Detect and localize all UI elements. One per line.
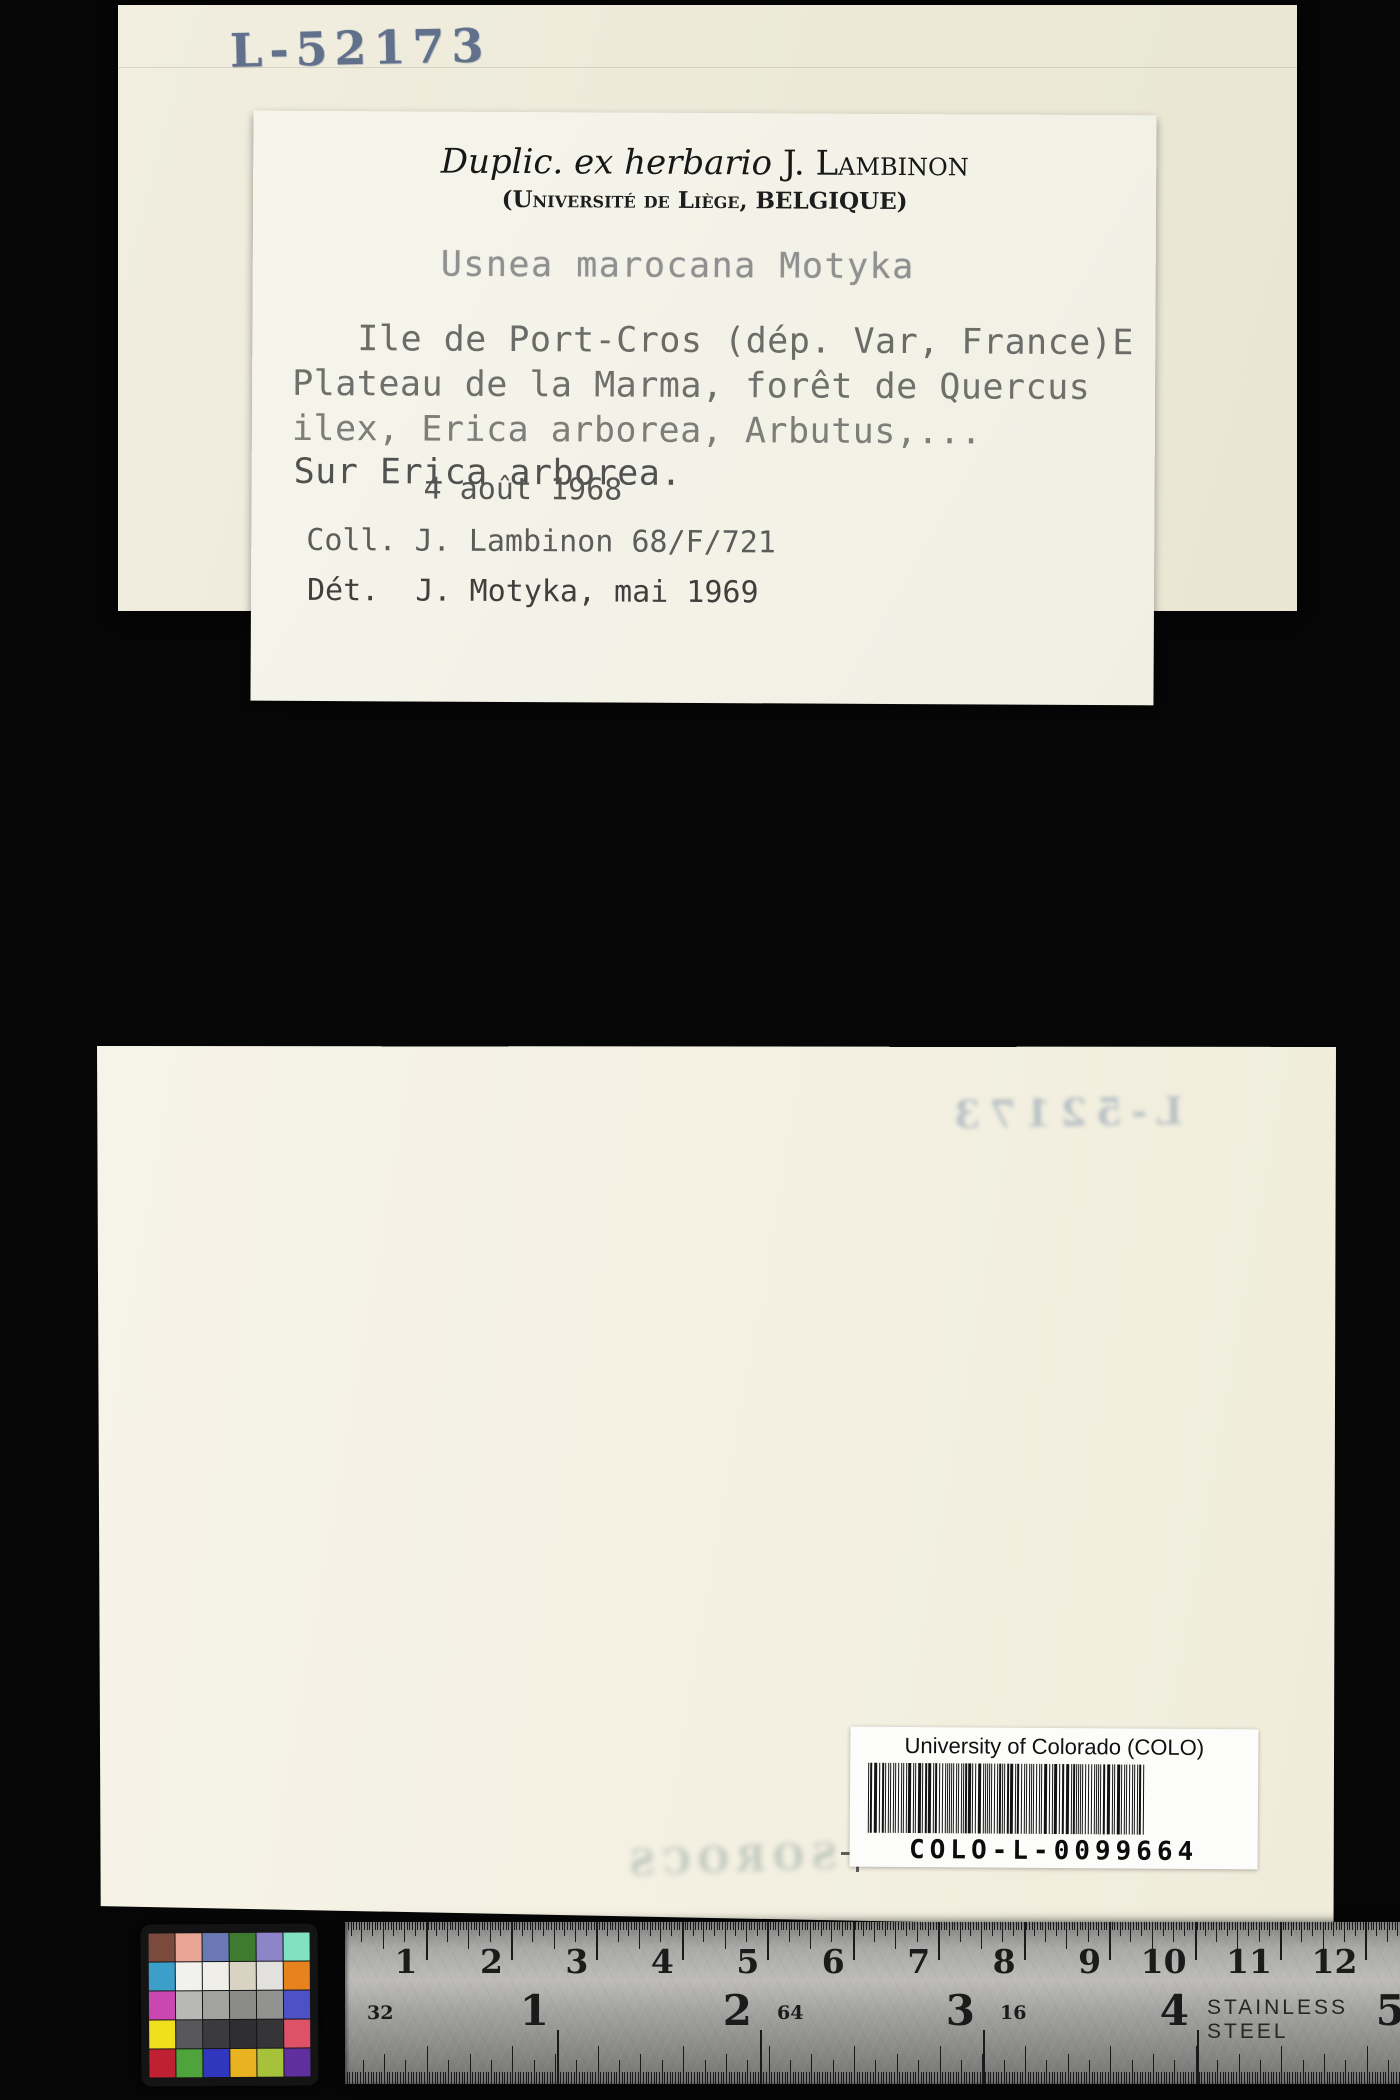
- ruler-tick: [1054, 2072, 1055, 2084]
- ruler-tick: [1012, 2072, 1013, 2084]
- ruler-tick: [990, 2072, 991, 2084]
- barcode-bar: [1033, 1764, 1034, 1834]
- ruler-tick: [973, 1922, 974, 1930]
- color-swatch: [148, 1933, 174, 1961]
- ruler-tick: [1252, 2072, 1253, 2084]
- ruler-tick: [1092, 2072, 1093, 2084]
- barcode-bar: [1107, 1764, 1110, 1834]
- ruler-tick: [628, 1922, 629, 1936]
- ruler-tick: [351, 1922, 352, 1936]
- ruler-tick: [564, 1922, 565, 1936]
- ruler-tick: [1189, 1922, 1190, 1930]
- ruler-tick: [1146, 1922, 1147, 1930]
- barcode-bar: [972, 1763, 973, 1833]
- ruler-tick: [400, 2072, 401, 2084]
- ruler-tick: [1102, 2072, 1103, 2084]
- ruler-tick: [1025, 2046, 1026, 2084]
- ruler-tick: [540, 1922, 541, 1930]
- ruler-tick: [570, 1922, 571, 1930]
- ruler-tick: [790, 2060, 791, 2084]
- ruler-tick: [1144, 1922, 1145, 1930]
- ruler-tick: [1257, 2072, 1258, 2084]
- ruler-tick: [544, 2072, 545, 2084]
- ruler-tick: [941, 1922, 942, 1930]
- ruler-tick: [1273, 2072, 1274, 2084]
- ruler-tick: [703, 1922, 704, 1942]
- ruler-tick: [1355, 1922, 1356, 1936]
- ruler-tick: [1356, 2072, 1357, 2084]
- ruler-tick: [478, 2072, 479, 2084]
- ruler-tick: [891, 2072, 892, 2084]
- ruler-tick: [1045, 1922, 1046, 1942]
- ruler-tick: [977, 2072, 978, 2084]
- ruler-tick: [638, 2072, 639, 2084]
- ruler-tick: [1352, 1922, 1353, 1930]
- barcode-bar: [890, 1763, 891, 1833]
- ruler-tick: [356, 1922, 357, 1930]
- ruler-tick: [806, 2072, 807, 2084]
- ruler-tick: [945, 2072, 946, 2084]
- ruler-tick: [1001, 2072, 1002, 2084]
- ruler-tick: [1173, 1922, 1174, 1942]
- ruler-tick: [602, 1922, 603, 1930]
- ruler-tick: [980, 2072, 981, 2084]
- color-swatch: [256, 1933, 282, 1961]
- ruler-tick: [642, 1922, 643, 1930]
- ruler-tick: [1133, 1922, 1134, 1930]
- ruler-tick: [1050, 1922, 1051, 1930]
- ruler-tick: [484, 1922, 485, 1930]
- barcode-bar: [885, 1763, 886, 1833]
- ruler-tick: [518, 2072, 519, 2084]
- ruler-tick: [1389, 1922, 1390, 1930]
- ruler-tick: [739, 2072, 740, 2084]
- ruler-tick: [1207, 2072, 1208, 2084]
- ruler-tick: [881, 2072, 882, 2084]
- ruler-tick: [1033, 2072, 1034, 2084]
- ruler-tick: [1205, 1922, 1206, 1936]
- ruler-tick: [1380, 2072, 1381, 2084]
- ruler-tick: [795, 2072, 796, 2084]
- ruler-tick: [379, 2072, 380, 2084]
- ruler-tick: [688, 2072, 689, 2084]
- ruler-tick: [1320, 1922, 1321, 1930]
- ruler-tick: [475, 2072, 476, 2084]
- ruler-tick: [793, 2072, 794, 2084]
- ruler-tick: [1164, 2072, 1165, 2084]
- ruler-tick: [670, 2072, 671, 2084]
- ruler-tick: [409, 1922, 410, 1930]
- ruler-tick: [723, 2072, 724, 2084]
- ruler-tick: [729, 2072, 730, 2084]
- ruler-tick: [491, 2060, 492, 2084]
- ruler-tick: [1385, 2072, 1386, 2084]
- ruler-tick: [1384, 1922, 1385, 1930]
- ruler-tick: [1325, 1922, 1326, 1930]
- ruler-tick: [595, 2072, 596, 2084]
- ruler-tick: [405, 2060, 406, 2084]
- ruler-tick: [1022, 2072, 1023, 2084]
- ruler-tick: [1299, 1922, 1300, 1930]
- barcode-bar: [922, 1763, 923, 1833]
- ruler-tick: [674, 1922, 675, 1930]
- ruler-tick: [1247, 2072, 1248, 2084]
- ruler-tick: [707, 2072, 708, 2084]
- ruler-tick: [763, 2072, 764, 2084]
- ruler-tick: [440, 2072, 441, 2084]
- ruler-tick: [498, 1922, 499, 1930]
- barcode-bar: [918, 1763, 921, 1833]
- ruler-tick: [1312, 1922, 1313, 1936]
- ruler-tick: [1211, 1922, 1212, 1930]
- ruler-tick: [749, 1922, 750, 1930]
- ruler-tick: [972, 2072, 973, 2084]
- ruler-tick: [675, 2072, 676, 2084]
- ruler-tick: [437, 2072, 438, 2084]
- barcode-bar: [870, 1763, 872, 1833]
- ruler-tick: [1076, 2072, 1077, 2084]
- ruler-tick: [869, 1922, 870, 1930]
- ruler-tick: [1329, 2072, 1330, 2084]
- ruler-tick: [376, 2072, 377, 2084]
- ruler-tick: [914, 1922, 915, 1930]
- ruler-tick: [1068, 2054, 1069, 2084]
- ruler-bottom-number: 64: [777, 2002, 811, 2024]
- ruler-tick: [592, 2072, 593, 2084]
- ruler-tick: [1275, 1922, 1276, 1930]
- ruler-tick: [486, 2072, 487, 2084]
- ruler-tick: [423, 1922, 424, 1930]
- ruler-tick: [1193, 2072, 1194, 2084]
- ruler-tick: [902, 2072, 903, 2084]
- ruler-tick: [1301, 1922, 1302, 1942]
- ruler-tick: [373, 2072, 374, 2084]
- ruler-tick: [1044, 2072, 1045, 2084]
- barcode-bar: [874, 1763, 877, 1833]
- ruler-tick: [1249, 2072, 1250, 2084]
- ruler-tick: [986, 1922, 987, 1930]
- ruler-tick: [454, 2072, 455, 2084]
- ruler-tick: [413, 2072, 414, 2084]
- ruler-tick: [618, 1922, 619, 1942]
- ruler-tick: [855, 1922, 856, 1930]
- ruler-tick: [1315, 1922, 1316, 1930]
- ruler-tick: [809, 2072, 810, 2084]
- ruler-tick: [1106, 1922, 1107, 1930]
- ruler-tick: [1371, 1922, 1372, 1930]
- ruler-tick: [1285, 1922, 1286, 1930]
- ruler-tick: [801, 2072, 802, 2084]
- ruler-tick: [1339, 1922, 1340, 1930]
- ruler-tick: [1235, 1922, 1236, 1930]
- ruler-tick: [866, 1922, 867, 1930]
- ruler-tick: [634, 1922, 635, 1930]
- ruler-tick: [890, 1922, 891, 1930]
- ruler-tick: [1243, 1922, 1244, 1930]
- ruler-tick: [1018, 1922, 1019, 1930]
- ruler-tick: [452, 1922, 453, 1930]
- barcode-bar: [1066, 1764, 1069, 1834]
- ruler-tick: [451, 2072, 452, 2084]
- barcode-bar: [994, 1764, 995, 1834]
- ruler-tick: [434, 1922, 435, 1930]
- ruler-tick: [850, 1922, 851, 1930]
- ruler-tick: [894, 2072, 895, 2084]
- ruler-tick: [807, 1922, 808, 1930]
- ruler-tick: [396, 1922, 397, 1930]
- ruler-tick: [1052, 2072, 1053, 2084]
- ruler-tick: [606, 2072, 607, 2084]
- ruler-tick: [672, 2072, 673, 2084]
- ruler-tick: [1078, 2072, 1079, 2084]
- ruler-tick: [1381, 1922, 1382, 1930]
- ruler-tick: [1104, 1922, 1105, 1930]
- ruler-marker-tick: [1197, 2030, 1199, 2084]
- ruler-tick: [874, 1922, 875, 1942]
- ruler-tick: [741, 1922, 742, 1930]
- ruler-tick: [1391, 2072, 1392, 2084]
- ruler-bottom-number: 16: [1000, 2002, 1034, 2024]
- ruler-tick: [814, 2072, 815, 2084]
- label-subheader: (Université de Liège, BELGIQUE): [253, 185, 1156, 217]
- ruler-tick: [1177, 2072, 1178, 2084]
- ruler-tick: [936, 1922, 937, 1930]
- ruler-tick: [551, 1922, 552, 1930]
- ruler-tick: [515, 2072, 516, 2084]
- ruler-tick: [659, 2072, 660, 2084]
- ruler-tick: [779, 2072, 780, 2084]
- ruler-tick: [1118, 2072, 1119, 2084]
- ruler-tick: [886, 2072, 887, 2084]
- barcode-bar: [1100, 1764, 1101, 1834]
- ruler-tick: [731, 2072, 732, 2084]
- ruler-tick: [487, 1922, 488, 1930]
- barcode-bar: [975, 1763, 976, 1833]
- ruler-tick: [408, 2072, 409, 2084]
- ruler-tick: [755, 2072, 756, 2084]
- ruler-tick: [1347, 1922, 1348, 1930]
- barcode-bar: [1017, 1764, 1019, 1834]
- ruler-tick: [527, 1922, 528, 1930]
- ruler-tick: [612, 1922, 613, 1930]
- barcode-bar: [1129, 1765, 1130, 1835]
- ruler-tick: [849, 2072, 850, 2084]
- ruler-tick: [1101, 1922, 1102, 1930]
- ruler-tick: [1208, 1922, 1209, 1930]
- ruler-tick: [1064, 1922, 1065, 1930]
- ruler-bottom-number: 32: [367, 2002, 401, 2024]
- ruler-tick: [733, 1922, 734, 1930]
- barcode-bar: [1004, 1764, 1005, 1834]
- ruler-tick: [459, 2072, 460, 2084]
- ruler-tick: [412, 1922, 413, 1930]
- ruler-tick: [442, 1922, 443, 1930]
- ruler-tick: [928, 1922, 929, 1936]
- ruler-tick: [859, 2072, 860, 2084]
- ruler-tick: [630, 2072, 631, 2084]
- ruler-tick: [1271, 2072, 1272, 2084]
- ruler-inch-number: 10: [1141, 1942, 1187, 1981]
- ruler-tick: [777, 2072, 778, 2084]
- ruler-tick: [506, 1922, 507, 1930]
- ruler-inch-number: 11: [1226, 1942, 1272, 1981]
- ruler-tick: [1241, 2072, 1242, 2084]
- ruler-tick: [1072, 1922, 1073, 1930]
- ruler-tick: [571, 2072, 572, 2084]
- ruler-tick: [1357, 1922, 1358, 1930]
- locality-line-3: ilex, Erica arborea, Arbutus,...: [292, 409, 982, 453]
- ruler-tick: [1191, 2072, 1192, 2084]
- ruler-tick: [348, 1922, 349, 1930]
- ruler-tick: [667, 2072, 668, 2084]
- ruler-tick: [690, 1922, 691, 1930]
- ruler-tick: [758, 2072, 759, 2084]
- ruler-tick: [1217, 2060, 1218, 2084]
- ruler-tick: [738, 1922, 739, 1930]
- ruler-tick: [773, 1922, 774, 1930]
- ruler-tick: [1060, 2072, 1061, 2084]
- ruler-tick: [882, 1922, 883, 1930]
- ruler-tick: [1244, 2072, 1245, 2084]
- ruler-tick: [695, 1922, 696, 1930]
- ruler-tick: [470, 2054, 471, 2084]
- ruler-tick: [658, 1922, 659, 1930]
- ruler-tick: [998, 2072, 999, 2084]
- ruler-tick: [552, 2072, 553, 2084]
- ruler-tick: [968, 1922, 969, 1930]
- barcode-bar: [1114, 1764, 1115, 1834]
- ruler-tick: [429, 2072, 430, 2084]
- ruler-tick: [1158, 2072, 1159, 2084]
- ruler-tick: [1094, 2072, 1095, 2084]
- ruler-tick: [1138, 1922, 1139, 1930]
- ruler-tick: [766, 2072, 767, 2084]
- ruler-tick: [851, 2072, 852, 2084]
- ruler-tick: [743, 1922, 744, 1930]
- ruler-tick: [1168, 1922, 1169, 1930]
- ruler-tick: [722, 1922, 723, 1930]
- ruler-tick: [750, 2072, 751, 2084]
- ruler-tick: [512, 2046, 513, 2084]
- ruler-tick: [781, 1922, 782, 1930]
- ruler-bottom-number: 3: [923, 1986, 975, 2035]
- ruler-tick: [1203, 1922, 1204, 1930]
- ruler-tick: [862, 2072, 863, 2084]
- ruler-tick: [415, 1922, 416, 1936]
- ruler-tick: [1348, 2072, 1349, 2084]
- ruler-marker-tick: [557, 2030, 559, 2084]
- ruler-tick: [482, 1922, 483, 1930]
- ruler-tick: [677, 1922, 678, 1930]
- ruler-tick: [401, 1922, 402, 1930]
- ruler-tick: [1373, 1922, 1374, 1930]
- ruler-tick: [560, 2072, 561, 2084]
- ruler-tick: [352, 2072, 353, 2084]
- ruler-tick: [1216, 1922, 1217, 1942]
- ruler-tick: [588, 1922, 589, 1930]
- ruler-tick: [1188, 2072, 1189, 2084]
- ruler-tick: [1014, 2072, 1015, 2084]
- color-swatch: [257, 1962, 283, 1990]
- barcode-bar: [1088, 1764, 1089, 1834]
- ruler-tick: [662, 2060, 663, 2084]
- offset-stamp-bottom: SOROCS: [621, 1835, 838, 1884]
- ruler-tick: [380, 1922, 381, 1930]
- ruler-tick: [1212, 2072, 1213, 2084]
- barcode-bar: [1041, 1764, 1042, 1834]
- ruler-tick: [664, 2072, 665, 2084]
- ruler-tick: [969, 2072, 970, 2084]
- ruler-tick: [957, 1922, 958, 1930]
- ruler-tick: [1160, 1922, 1161, 1930]
- ruler-tick: [669, 1922, 670, 1930]
- ruler-tick: [834, 1922, 835, 1930]
- ruler-tick: [444, 1922, 445, 1930]
- ruler-tick: [713, 2072, 714, 2084]
- ruler-tick: [1084, 2072, 1085, 2084]
- ruler-tick: [946, 1922, 947, 1930]
- barcode-bar: [968, 1763, 971, 1833]
- ruler-tick: [1223, 2072, 1224, 2084]
- ruler-tick: [522, 1922, 523, 1936]
- ruler-tick: [1279, 2072, 1280, 2084]
- ruler-tick: [1110, 2046, 1111, 2084]
- ruler-tick: [416, 2072, 417, 2084]
- ruler-tick: [826, 1922, 827, 1930]
- ruler-tick: [507, 2072, 508, 2084]
- ruler-tick: [1333, 1922, 1334, 1936]
- ruler-tick: [460, 1922, 461, 1930]
- ruler-tick: [450, 1922, 451, 1930]
- ruler-tick: [953, 2072, 954, 2084]
- ruler-tick: [903, 1922, 904, 1930]
- color-swatch: [257, 2020, 283, 2048]
- ruler-tick: [624, 2072, 625, 2084]
- ruler-tick: [952, 1922, 953, 1930]
- ruler-tick: [381, 2072, 382, 2084]
- ruler-tick: [1093, 1922, 1094, 1930]
- ruler-tick: [385, 1922, 386, 1930]
- barcode-bar: [953, 1763, 954, 1833]
- ruler-tick: [610, 1922, 611, 1930]
- ruler-tick: [1197, 1922, 1198, 1930]
- ruler-tick: [920, 1922, 921, 1930]
- ruler-tick: [574, 2072, 575, 2084]
- ruler-tick: [765, 1922, 766, 1930]
- ruler-tick: [702, 2072, 703, 2084]
- ruler-tick: [819, 2072, 820, 2084]
- ruler-tick: [863, 1922, 864, 1936]
- color-swatch: [257, 1991, 283, 2019]
- ruler-tick: [817, 2072, 818, 2084]
- ruler-tick: [950, 2072, 951, 2084]
- ruler-tick: [1161, 2072, 1162, 2084]
- ruler-tick: [388, 1922, 389, 1930]
- ruler-tick: [392, 2072, 393, 2084]
- ruler-tick: [1296, 1922, 1297, 1930]
- ruler-tick: [717, 1922, 718, 1930]
- ruler-tick: [1369, 2072, 1370, 2084]
- ruler-tick: [543, 1922, 544, 1936]
- ruler-tick: [996, 2072, 997, 2084]
- ruler-tick: [1396, 2072, 1397, 2084]
- ruler-tick: [734, 2072, 735, 2084]
- ruler-tick: [1251, 1922, 1252, 1930]
- ruler-tick: [1056, 1922, 1057, 1936]
- ruler-bottom-number: 4: [1137, 1986, 1189, 2035]
- ruler-tick: [1361, 2072, 1362, 2084]
- ruler-tick: [1120, 1922, 1121, 1936]
